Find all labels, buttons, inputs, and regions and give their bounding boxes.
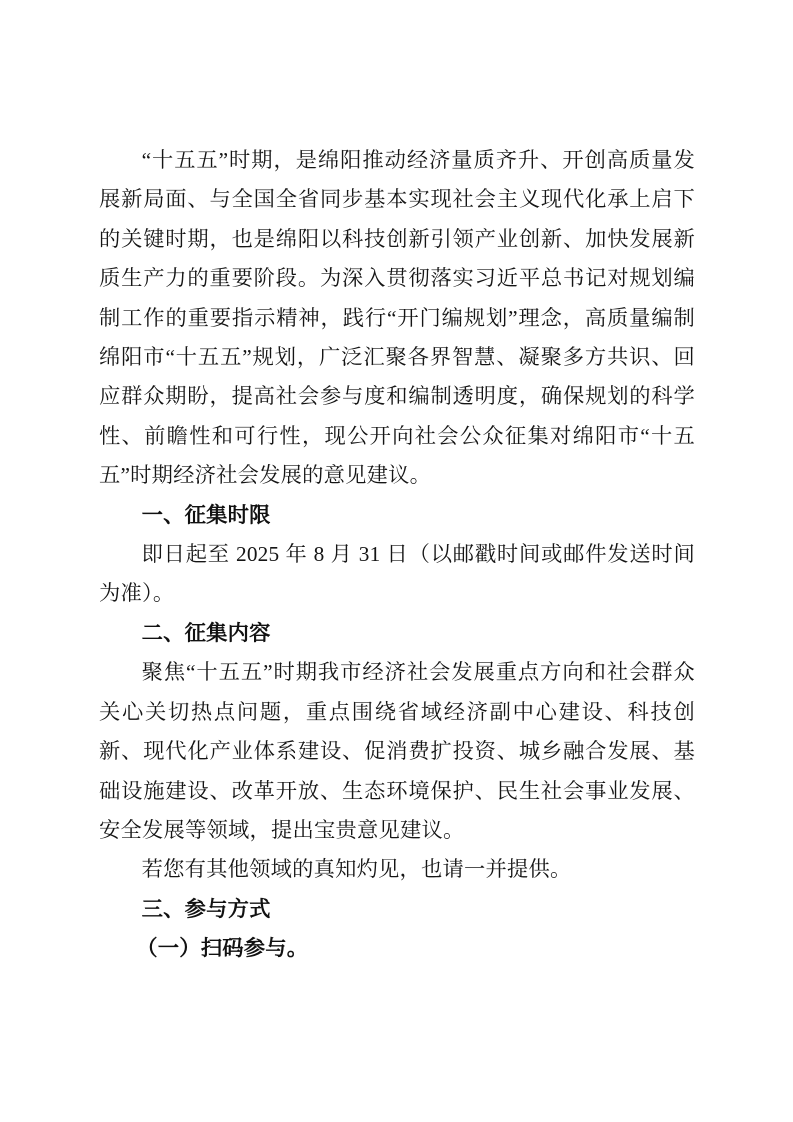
section-heading-collection-period: 一、征集时限 [99, 496, 695, 535]
subsection-heading-scan-code: （一）扫码参与。 [99, 929, 695, 968]
document-page: “十五五”时期，是绵阳推动经济量质齐升、开创高质量发展新局面、与全国全省同步基本… [0, 0, 793, 1122]
section-heading-collection-content: 二、征集内容 [99, 614, 695, 653]
intro-paragraph: “十五五”时期，是绵阳推动经济量质齐升、开创高质量发展新局面、与全国全省同步基本… [99, 141, 695, 496]
section-heading-participation-method: 三、参与方式 [99, 890, 695, 929]
other-fields-paragraph: 若您有其他领域的真知灼见，也请一并提供。 [99, 850, 695, 889]
collection-period-paragraph: 即日起至 2025 年 8 月 31 日（以邮戳时间或邮件发送时间为准）。 [99, 535, 695, 614]
document-content: “十五五”时期，是绵阳推动经济量质齐升、开创高质量发展新局面、与全国全省同步基本… [99, 141, 695, 969]
collection-content-paragraph: 聚焦“十五五”时期我市经济社会发展重点方向和社会群众关心关切热点问题，重点围绕省… [99, 653, 695, 850]
